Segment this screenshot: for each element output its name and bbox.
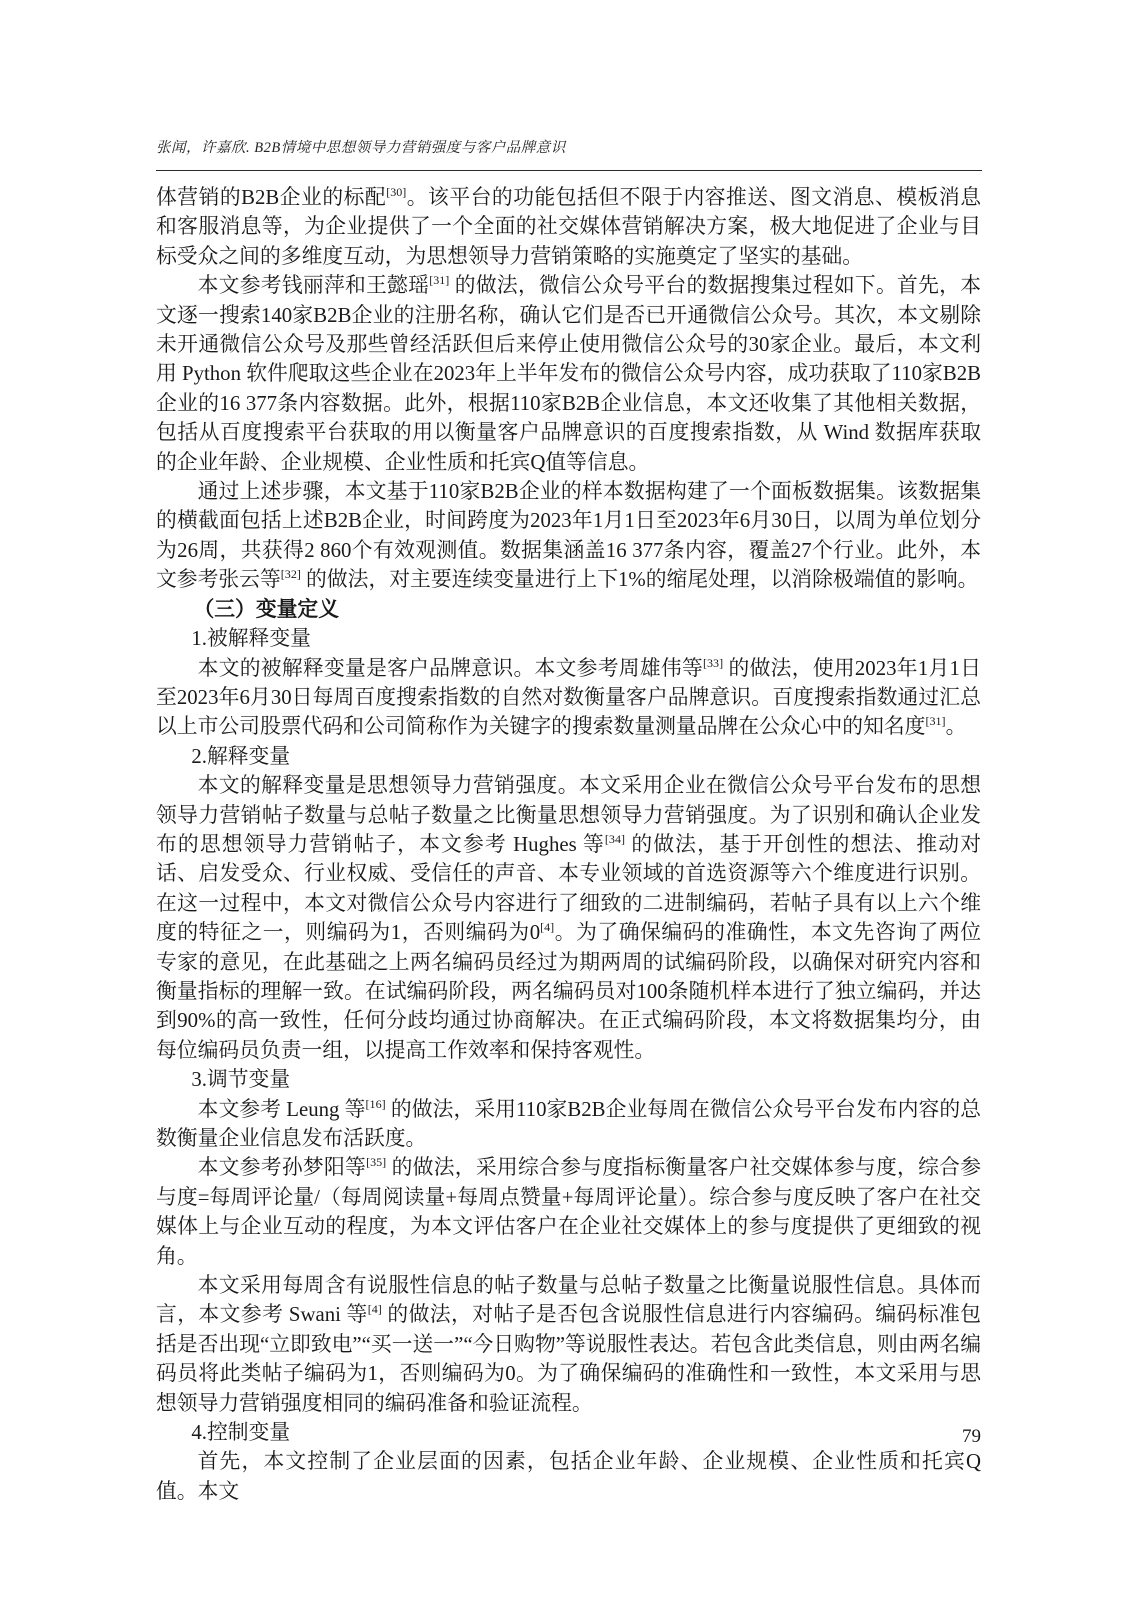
citation-ref: [34]	[605, 832, 625, 846]
paragraph: 本文的解释变量是思想领导力营销强度。本文采用企业在微信公众号平台发布的思想领导力…	[156, 771, 981, 1065]
paragraph: 本文参考孙梦阳等[35] 的做法，采用综合参与度指标衡量客户社交媒体参与度，综合…	[156, 1153, 981, 1271]
section-heading: （三）变量定义	[156, 595, 981, 624]
page-footer: 79	[156, 1426, 981, 1448]
citation-ref: [35]	[366, 1155, 386, 1169]
running-header-text: 张闻，许嘉欣. B2B情境中思想领导力营销强度与客户品牌意识	[156, 138, 982, 158]
paragraph: 首先，本文控制了企业层面的因素，包括企业年龄、企业规模、企业性质和托宾Q值。本文	[156, 1447, 981, 1506]
article-body: 体营销的B2B企业的标配[30]。该平台的功能包括但不限于内容推送、图文消息、模…	[156, 183, 981, 1506]
citation-ref: [31]	[925, 714, 945, 728]
document-page: 张闻，许嘉欣. B2B情境中思想领导力营销强度与客户品牌意识 体营销的B2B企业…	[0, 0, 1140, 1600]
citation-ref: [31]	[429, 273, 449, 287]
paragraph: 通过上述步骤，本文基于110家B2B企业的样本数据构建了一个面板数据集。该数据集…	[156, 477, 981, 595]
page-number: 79	[962, 1426, 981, 1447]
subsection-heading: 3.调节变量	[156, 1065, 981, 1094]
subsection-heading: 1.被解释变量	[156, 624, 981, 653]
paragraph: 本文参考钱丽萍和王懿瑶[31] 的做法，微信公众号平台的数据搜集过程如下。首先，…	[156, 271, 981, 477]
citation-ref: [32]	[281, 567, 301, 581]
running-header: 张闻，许嘉欣. B2B情境中思想领导力营销强度与客户品牌意识	[156, 138, 982, 158]
paragraph: 本文的被解释变量是客户品牌意识。本文参考周雄伟等[33] 的做法，使用2023年…	[156, 654, 981, 742]
citation-ref: [4]	[368, 1303, 382, 1317]
paragraph: 本文参考 Leung 等[16] 的做法，采用110家B2B企业每周在微信公众号…	[156, 1095, 981, 1154]
citation-ref: [4]	[540, 920, 554, 934]
paragraph: 本文采用每周含有说服性信息的帖子数量与总帖子数量之比衡量说服性信息。具体而言，本…	[156, 1271, 981, 1418]
subsection-heading: 2.解释变量	[156, 742, 981, 771]
citation-ref: [16]	[366, 1097, 386, 1111]
header-rule	[156, 170, 982, 171]
citation-ref: [30]	[386, 185, 406, 199]
paragraph: 体营销的B2B企业的标配[30]。该平台的功能包括但不限于内容推送、图文消息、模…	[156, 183, 981, 271]
citation-ref: [33]	[703, 656, 723, 670]
